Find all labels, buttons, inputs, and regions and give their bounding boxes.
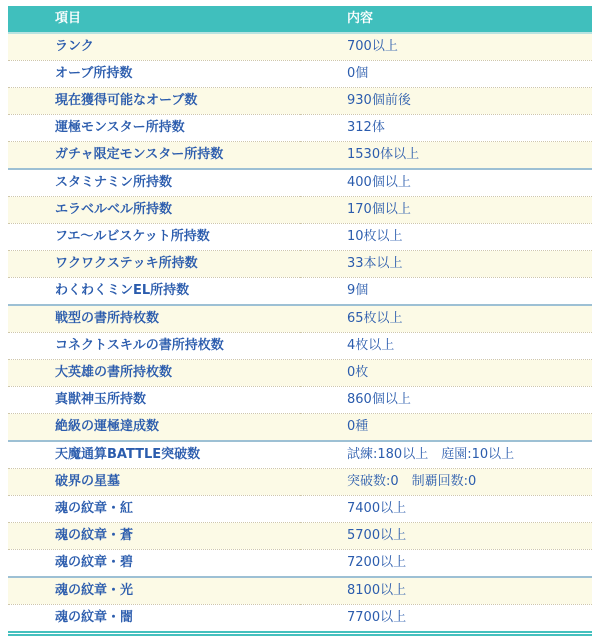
item-label-cell: 運極モンスター所持数 <box>8 115 300 142</box>
table-row: ワクワクステッキ所持数 33本以上 <box>8 251 592 278</box>
item-value-cell: 9個 <box>300 278 592 306</box>
item-value-cell: 170個以上 <box>300 197 592 224</box>
item-value-cell: 860個以上 <box>300 387 592 414</box>
item-label-cell: オーブ所持数 <box>8 61 300 88</box>
table-row: 魂の紋章・蒼 5700以上 <box>8 523 592 550</box>
item-label-cell: 天魔通算BATTLE突破数 <box>8 441 300 469</box>
table-row: フエ〜ルビスケット所持数 10枚以上 <box>8 224 592 251</box>
item-value-cell: 7400以上 <box>300 496 592 523</box>
item-value-cell: 8100以上 <box>300 577 592 605</box>
col-header-content: 内容 <box>300 6 592 33</box>
table-row: 魂の紋章・紅 7400以上 <box>8 496 592 523</box>
item-label-cell: 魂の紋章・光 <box>8 577 300 605</box>
item-label-cell: ランク <box>8 33 300 61</box>
item-label-cell: わくわくミンEL所持数 <box>8 278 300 306</box>
item-value-cell: 400個以上 <box>300 169 592 197</box>
table-row: わくわくミンEL所持数 9個 <box>8 278 592 306</box>
table-row: オーブ所持数 0個 <box>8 61 592 88</box>
table-row: 真獣神玉所持数 860個以上 <box>8 387 592 414</box>
table-header: 項目 内容 <box>8 6 592 33</box>
table-row: 大英雄の書所持枚数 0枚 <box>8 360 592 387</box>
item-label-cell: 魂の紋章・紅 <box>8 496 300 523</box>
table-row: スタミナミン所持数 400個以上 <box>8 169 592 197</box>
table-row: 現在獲得可能なオーブ数 930個前後 <box>8 88 592 115</box>
item-value-cell: 5700以上 <box>300 523 592 550</box>
item-label-cell: ガチャ限定モンスター所持数 <box>8 142 300 170</box>
item-value-cell: 7200以上 <box>300 550 592 578</box>
item-value-cell: 33本以上 <box>300 251 592 278</box>
item-label-cell: 現在獲得可能なオーブ数 <box>8 88 300 115</box>
item-value-cell: 930個前後 <box>300 88 592 115</box>
table-row: ランク 700以上 <box>8 33 592 61</box>
item-value-cell: 700以上 <box>300 33 592 61</box>
table-row: 戦型の書所持枚数 65枚以上 <box>8 305 592 333</box>
item-label-cell: 魂の紋章・碧 <box>8 550 300 578</box>
item-label-cell: 魂の紋章・蒼 <box>8 523 300 550</box>
item-value-cell: 0枚 <box>300 360 592 387</box>
item-value-cell: 65枚以上 <box>300 305 592 333</box>
item-label-cell: 戦型の書所持枚数 <box>8 305 300 333</box>
item-value-cell: 0個 <box>300 61 592 88</box>
table-body: ランク 700以上 オーブ所持数 0個 現在獲得可能なオーブ数 930個前後 運… <box>8 33 592 634</box>
item-value-cell: 7700以上 <box>300 605 592 634</box>
item-label-cell: 大英雄の書所持枚数 <box>8 360 300 387</box>
item-label-cell: エラベルベル所持数 <box>8 197 300 224</box>
item-value-cell: 1530体以上 <box>300 142 592 170</box>
table-row: 魂の紋章・光 8100以上 <box>8 577 592 605</box>
table-row: 魂の紋章・闇 7700以上 <box>8 605 592 634</box>
item-label-cell: スタミナミン所持数 <box>8 169 300 197</box>
item-label-cell: 絶級の運極達成数 <box>8 414 300 442</box>
header-row: 項目 内容 <box>8 6 592 33</box>
table-row: 魂の紋章・碧 7200以上 <box>8 550 592 578</box>
item-value-cell: 312体 <box>300 115 592 142</box>
item-label-cell: 破界の星墓 <box>8 469 300 496</box>
item-value-cell: 4枚以上 <box>300 333 592 360</box>
item-value-cell: 突破数:0 制覇回数:0 <box>300 469 592 496</box>
item-label-cell: ワクワクステッキ所持数 <box>8 251 300 278</box>
table-row: 運極モンスター所持数 312体 <box>8 115 592 142</box>
account-status-table: 項目 内容 ランク 700以上 オーブ所持数 0個 現在獲得可能なオーブ数 93… <box>8 6 592 636</box>
item-label-cell: コネクトスキルの書所持枚数 <box>8 333 300 360</box>
item-label-cell: 魂の紋章・闇 <box>8 605 300 634</box>
table-row: ガチャ限定モンスター所持数 1530体以上 <box>8 142 592 170</box>
table-row: 破界の星墓 突破数:0 制覇回数:0 <box>8 469 592 496</box>
item-value-cell: 試練:180以上 庭園:10以上 <box>300 441 592 469</box>
table-row: コネクトスキルの書所持枚数 4枚以上 <box>8 333 592 360</box>
item-value-cell: 10枚以上 <box>300 224 592 251</box>
item-value-cell: 0種 <box>300 414 592 442</box>
table-row: 絶級の運極達成数 0種 <box>8 414 592 442</box>
table-row: エラベルベル所持数 170個以上 <box>8 197 592 224</box>
col-header-item: 項目 <box>8 6 300 33</box>
table-row: 天魔通算BATTLE突破数 試練:180以上 庭園:10以上 <box>8 441 592 469</box>
item-label-cell: フエ〜ルビスケット所持数 <box>8 224 300 251</box>
page-container: 項目 内容 ランク 700以上 オーブ所持数 0個 現在獲得可能なオーブ数 93… <box>0 0 600 636</box>
item-label-cell: 真獣神玉所持数 <box>8 387 300 414</box>
